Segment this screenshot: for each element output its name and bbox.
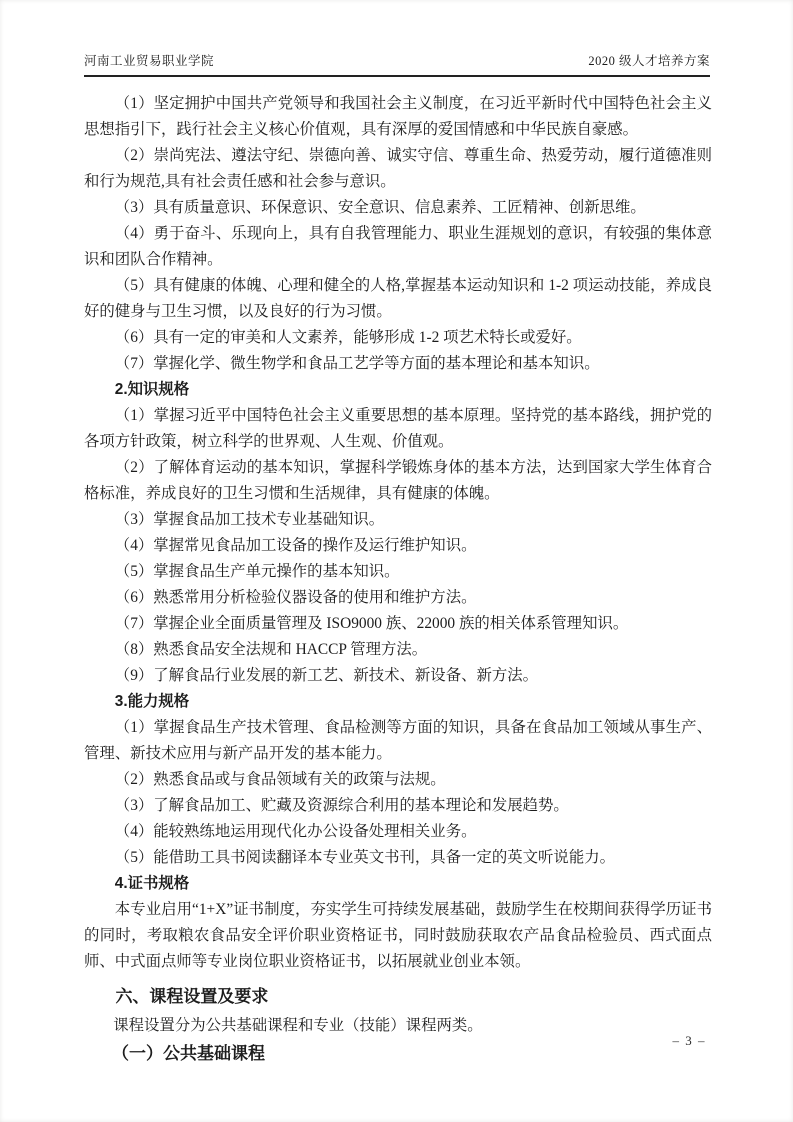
document-page: 河南工业贸易职业学院 2020 级人才培养方案 （1）坚定拥护中国共产党领导和我…: [0, 0, 793, 1122]
knowledge-spec-item: （1）掌握习近平中国特色社会主义重要思想的基本原理。坚持党的基本路线，拥护党的各…: [84, 403, 712, 455]
page-footer: – 3 –: [84, 1033, 706, 1049]
quality-spec-item: （2）崇尚宪法、遵法守纪、崇德向善、诚实守信、尊重生命、热爱劳动，履行道德准则和…: [84, 143, 712, 195]
section-heading-course-setup: 六、课程设置及要求: [84, 983, 712, 1011]
knowledge-spec-list: （1）掌握习近平中国特色社会主义重要思想的基本原理。坚持党的基本路线，拥护党的各…: [84, 403, 712, 689]
knowledge-spec-item: （2）了解体育运动的基本知识，掌握科学锻炼身体的基本方法，达到国家大学生体育合格…: [84, 455, 712, 507]
certificate-spec-heading: 4.证书规格: [84, 871, 712, 897]
certificate-spec-paragraph: 本专业启用“1+X”证书制度，夯实学生可持续发展基础，鼓励学生在校期间获得学历证…: [84, 897, 712, 975]
quality-spec-item: （4）勇于奋斗、乐现向上，具有自我管理能力、职业生涯规划的意识，有较强的集体意识…: [84, 221, 712, 273]
ability-spec-list: （1）掌握食品生产技术管理、食品检测等方面的知识，具备在食品加工领域从事生产、管…: [84, 715, 712, 871]
knowledge-spec-item: （3）掌握食品加工技术专业基础知识。: [84, 507, 712, 533]
knowledge-spec-item: （5）掌握食品生产单元操作的基本知识。: [84, 559, 712, 585]
ability-spec-heading: 3.能力规格: [84, 689, 712, 715]
page-number: – 3 –: [673, 1033, 707, 1048]
ability-spec-item: （1）掌握食品生产技术管理、食品检测等方面的知识，具备在食品加工领域从事生产、管…: [84, 715, 712, 767]
quality-spec-item: （7）掌握化学、微生物学和食品工艺学等方面的基本理论和基本知识。: [84, 351, 712, 377]
knowledge-spec-item: （9）了解食品行业发展的新工艺、新技术、新设备、新方法。: [84, 663, 712, 689]
quality-spec-item: （3）具有质量意识、环保意识、安全意识、信息素养、工匠精神、创新思维。: [84, 195, 712, 221]
ability-spec-item: （5）能借助工具书阅读翻译本专业英文书刊，具备一定的英文听说能力。: [84, 845, 712, 871]
quality-spec-item: （6）具有一定的审美和人文素养，能够形成 1-2 项艺术特长或爱好。: [84, 325, 712, 351]
ability-spec-item: （4）能较熟练地运用现代化办公设备处理相关业务。: [84, 819, 712, 845]
ability-spec-item: （2）熟悉食品或与食品领域有关的政策与法规。: [84, 767, 712, 793]
page-header: 河南工业贸易职业学院 2020 级人才培养方案: [84, 53, 710, 77]
quality-spec-list: （1）坚定拥护中国共产党领导和我国社会主义制度，在习近平新时代中国特色社会主义思…: [84, 91, 712, 377]
knowledge-spec-heading: 2.知识规格: [84, 377, 712, 403]
quality-spec-item: （1）坚定拥护中国共产党领导和我国社会主义制度，在习近平新时代中国特色社会主义思…: [84, 91, 712, 143]
knowledge-spec-item: （7）掌握企业全面质量管理及 ISO9000 族、22000 族的相关体系管理知…: [84, 611, 712, 637]
quality-spec-item: （5）具有健康的体魄、心理和健全的人格,掌握基本运动知识和 1-2 项运动技能，…: [84, 273, 712, 325]
ability-spec-item: （3）了解食品加工、贮藏及资源综合利用的基本理论和发展趋势。: [84, 793, 712, 819]
header-school-name: 河南工业贸易职业学院: [84, 53, 214, 69]
knowledge-spec-item: （4）掌握常见食品加工设备的操作及运行维护知识。: [84, 533, 712, 559]
knowledge-spec-item: （8）熟悉食品安全法规和 HACCP 管理方法。: [84, 637, 712, 663]
document-body: （1）坚定拥护中国共产党领导和我国社会主义制度，在习近平新时代中国特色社会主义思…: [84, 91, 712, 1068]
knowledge-spec-item: （6）熟悉常用分析检验仪器设备的使用和维护方法。: [84, 585, 712, 611]
header-program-title: 2020 级人才培养方案: [588, 53, 710, 69]
